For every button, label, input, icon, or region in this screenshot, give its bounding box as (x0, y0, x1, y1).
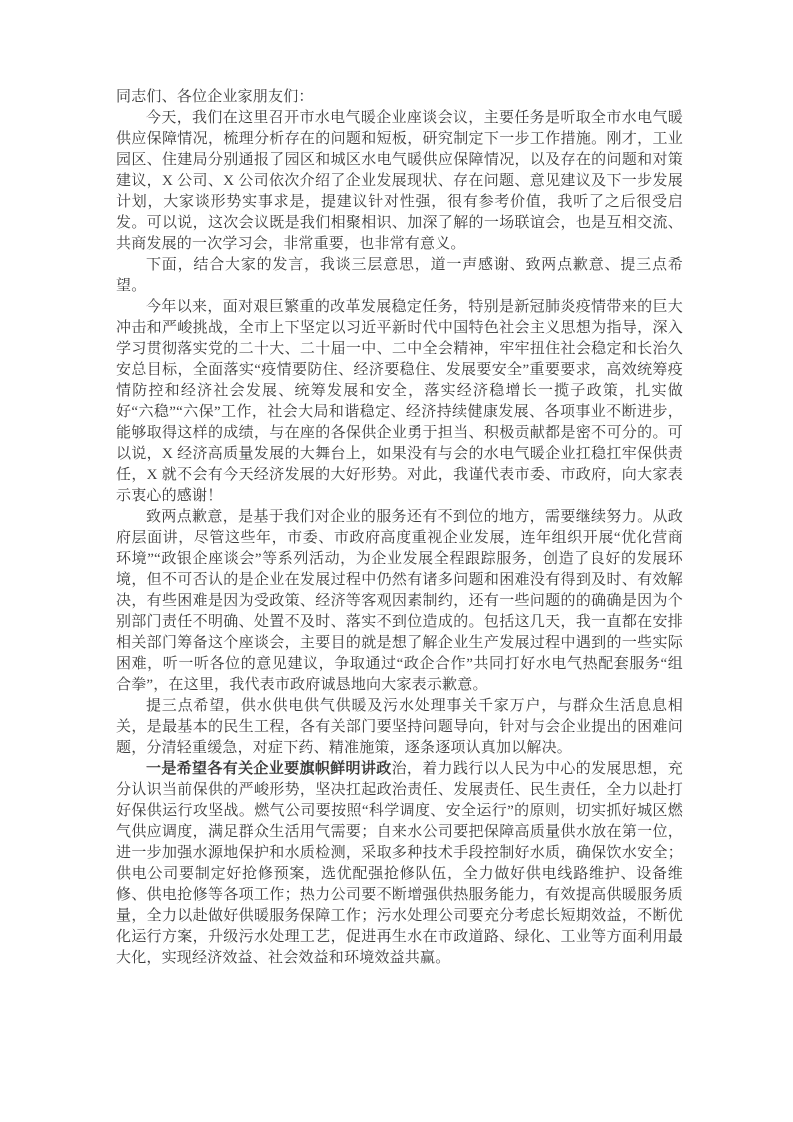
paragraph-hopes: 提三点希望，供水供电供气供暖及污水处理事关千家万户，与群众生活息息相关，是最基本… (116, 696, 683, 759)
salutation: 同志们、各位企业家朋友们： (116, 87, 683, 108)
paragraph-opening: 今天，我们在这里召开市水电气暖企业座谈会议，主要任务是听取全市水电气暖供应保障情… (116, 108, 683, 255)
paragraph-opening-text: 今天，我们在这里召开市水电气暖企业座谈会议，主要任务是听取全市水电气暖供应保障情… (116, 110, 683, 252)
paragraph-hopes-text: 提三点希望，供水供电供气供暖及污水处理事关千家万户，与群众生活息息相关，是最基本… (116, 698, 683, 756)
salutation-text: 同志们、各位企业家朋友们： (116, 89, 314, 105)
paragraph-point-one: 一是希望各有关企业要旗帜鲜明讲政治，着力践行以人民为中心的发展思想，充分认识当前… (116, 759, 683, 969)
paragraph-outline: 下面，结合大家的发言，我谈三层意思，道一声感谢、致两点歉意、提三点希望。 (116, 255, 683, 297)
document-page: 同志们、各位企业家朋友们： 今天，我们在这里召开市水电气暖企业座谈会议，主要任务… (0, 0, 793, 1122)
paragraph-thanks-text: 今年以来，面对艰巨繁重的改革发展稳定任务，特别是新冠肺炎疫情带来的巨大冲击和严峻… (116, 299, 683, 504)
paragraph-apology-text: 致两点歉意，是基于我们对企业的服务还有不到位的地方，需要继续努力。从政府层面讲，… (116, 509, 683, 693)
paragraph-point-one-lead: 一是希望各有关企业要旗帜鲜明讲政 (146, 761, 392, 777)
paragraph-apology: 致两点歉意，是基于我们对企业的服务还有不到位的地方，需要继续努力。从政府层面讲，… (116, 507, 683, 696)
document-body: 同志们、各位企业家朋友们： 今天，我们在这里召开市水电气暖企业座谈会议，主要任务… (116, 87, 683, 969)
paragraph-outline-text: 下面，结合大家的发言，我谈三层意思，道一声感谢、致两点歉意、提三点希望。 (116, 257, 683, 294)
paragraph-point-one-text: 治，着力践行以人民为中心的发展思想，充分认识当前保供的严峻形势，坚决扛起政治责任… (116, 761, 683, 966)
paragraph-thanks: 今年以来，面对艰巨繁重的改革发展稳定任务，特别是新冠肺炎疫情带来的巨大冲击和严峻… (116, 297, 683, 507)
